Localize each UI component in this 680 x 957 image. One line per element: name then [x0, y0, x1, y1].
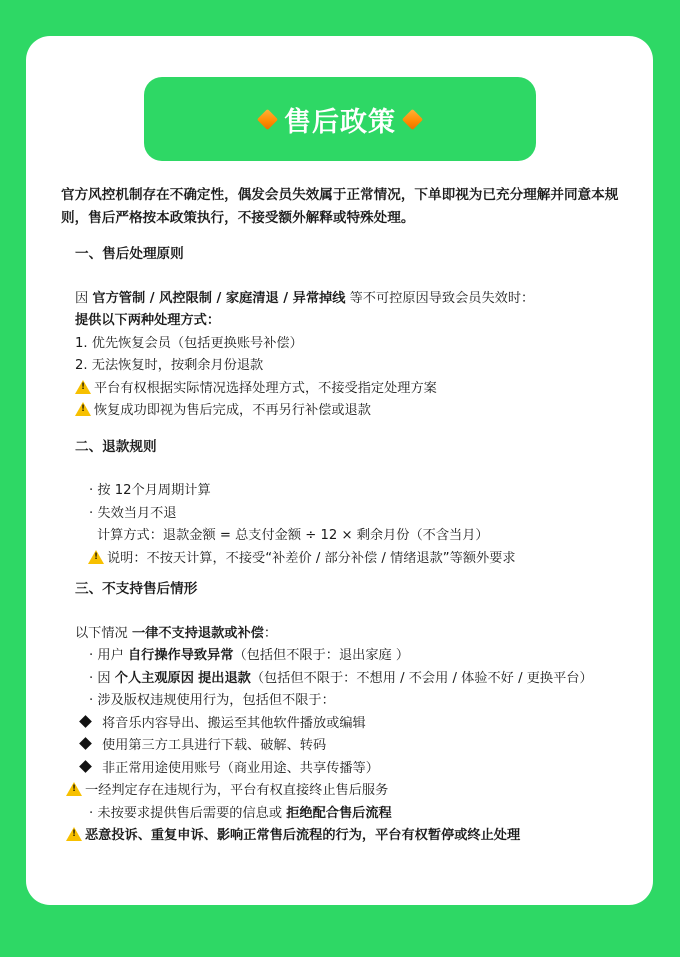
lead-prefix: 以下情况	[75, 626, 132, 641]
item-prefix: · 用户	[89, 648, 128, 663]
section-title-exclusions: 三、不支持售后情形	[61, 578, 626, 601]
warning-item: 平台有权根据实际情况选择处理方式，不接受指定处理方案	[61, 378, 626, 401]
intro-paragraph: 官方风控机制存在不确定性，偶发会员失效属于正常情况，下单即视为已充分理解并同意本…	[61, 184, 626, 230]
copyright-item-text: 非正常用途使用账号（商业用途、共享传播等）	[102, 761, 379, 776]
copyright-item-text: 将音乐内容导出、搬运至其他软件播放或编辑	[102, 716, 366, 731]
section-title-principles: 一、售后处理原则	[61, 243, 626, 266]
lead-bold: 一律不支持退款或补偿	[132, 626, 264, 641]
item-suffix: （包括但不限于：退出家庭 ）	[233, 648, 409, 663]
diamond-bullet-icon	[79, 760, 92, 773]
violation-warning: 一经判定存在违规行为，平台有权直接终止售后服务	[61, 780, 626, 803]
exclusion-item-2: · 因 个人主观原因 提出退款（包括但不限于：不想用 / 不会用 / 体验不好 …	[61, 668, 626, 691]
refund-formula: 计算方式：退款金额 = 总支付金额 ÷ 12 × 剩余月份（不含当月）	[61, 525, 626, 548]
exclusion-item-1: · 用户 自行操作导致异常（包括但不限于：退出家庭 ）	[61, 645, 626, 668]
cause-line: 因 官方管制 / 风控限制 / 家庭清退 / 异常掉线 等不可控原因导致会员失效…	[61, 288, 626, 311]
section-title-refund: 二、退款规则	[61, 436, 626, 459]
warning-item: 恢复成功即视为售后完成，不再另行补偿或退款	[61, 400, 626, 423]
method-item-1: 1. 优先恢复会员（包括更换账号补偿）	[61, 333, 626, 356]
item-bold: 拒绝配合售后流程	[286, 806, 392, 821]
methods-label: 提供以下两种处理方式：	[61, 310, 626, 333]
policy-content: 官方风控机制存在不确定性，偶发会员失效属于正常情况，下单即视为已充分理解并同意本…	[61, 184, 626, 848]
refund-bullet-2: · 失效当月不退	[61, 503, 626, 526]
malicious-warning-text: 恶意投诉、重复申诉、影响正常售后流程的行为，平台有权暂停或终止处理	[85, 828, 520, 843]
warning-icon	[75, 402, 91, 416]
item-prefix: · 因	[89, 671, 115, 686]
diamond-bullet-icon	[79, 715, 92, 728]
exclusion-item-3: · 涉及版权违规使用行为，包括但不限于：	[61, 690, 626, 713]
exclusion-item-4: · 未按要求提供售后需要的信息或 拒绝配合售后流程	[61, 803, 626, 826]
warning-icon	[88, 550, 104, 564]
warning-text: 恢复成功即视为售后完成，不再另行补偿或退款	[94, 403, 371, 418]
method-item-2: 2. 无法恢复时，按剩余月份退款	[61, 355, 626, 378]
policy-card: 售后政策 官方风控机制存在不确定性，偶发会员失效属于正常情况，下单即视为已充分理…	[26, 36, 653, 905]
refund-bullet-1: · 按 12个月周期计算	[61, 480, 626, 503]
refund-note-text: 说明：不按天计算，不接受“补差价 / 部分补偿 / 情绪退款”等额外要求	[107, 551, 516, 566]
item-bold: 提出退款	[198, 671, 251, 686]
copyright-item: 非正常用途使用账号（商业用途、共享传播等）	[61, 758, 626, 781]
exclusions-lead: 以下情况 一律不支持退款或补偿：	[61, 623, 626, 646]
warning-icon	[75, 380, 91, 394]
item-bold: 个人主观原因	[115, 671, 194, 686]
item-bold: 自行操作导致异常	[128, 648, 234, 663]
cause-suffix: 等不可控原因导致会员失效时：	[345, 291, 534, 306]
warning-icon	[66, 827, 82, 841]
copyright-item-text: 使用第三方工具进行下载、破解、转码	[102, 738, 326, 753]
item-suffix: （包括但不限于：不想用 / 不会用 / 体验不好 / 更换平台）	[251, 671, 593, 686]
cause-prefix: 因	[75, 291, 92, 306]
violation-warning-text: 一经判定存在违规行为，平台有权直接终止售后服务	[85, 783, 388, 798]
diamond-bullet-icon	[79, 737, 92, 750]
title-banner: 售后政策	[144, 77, 536, 161]
orange-diamond-icon	[402, 108, 423, 129]
lead-suffix: ：	[264, 626, 277, 641]
copyright-item: 使用第三方工具进行下载、破解、转码	[61, 735, 626, 758]
refund-note: 说明：不按天计算，不接受“补差价 / 部分补偿 / 情绪退款”等额外要求	[61, 548, 626, 571]
item-prefix: · 未按要求提供售后需要的信息或	[89, 806, 286, 821]
copyright-item: 将音乐内容导出、搬运至其他软件播放或编辑	[61, 713, 626, 736]
page-title: 售后政策	[284, 100, 396, 139]
malicious-complaint-warning: 恶意投诉、重复申诉、影响正常售后流程的行为，平台有权暂停或终止处理	[61, 825, 626, 848]
warning-text: 平台有权根据实际情况选择处理方式，不接受指定处理方案	[94, 381, 437, 396]
warning-icon	[66, 782, 82, 796]
cause-list: 官方管制 / 风控限制 / 家庭清退 / 异常掉线	[92, 291, 345, 306]
orange-diamond-icon	[257, 108, 278, 129]
